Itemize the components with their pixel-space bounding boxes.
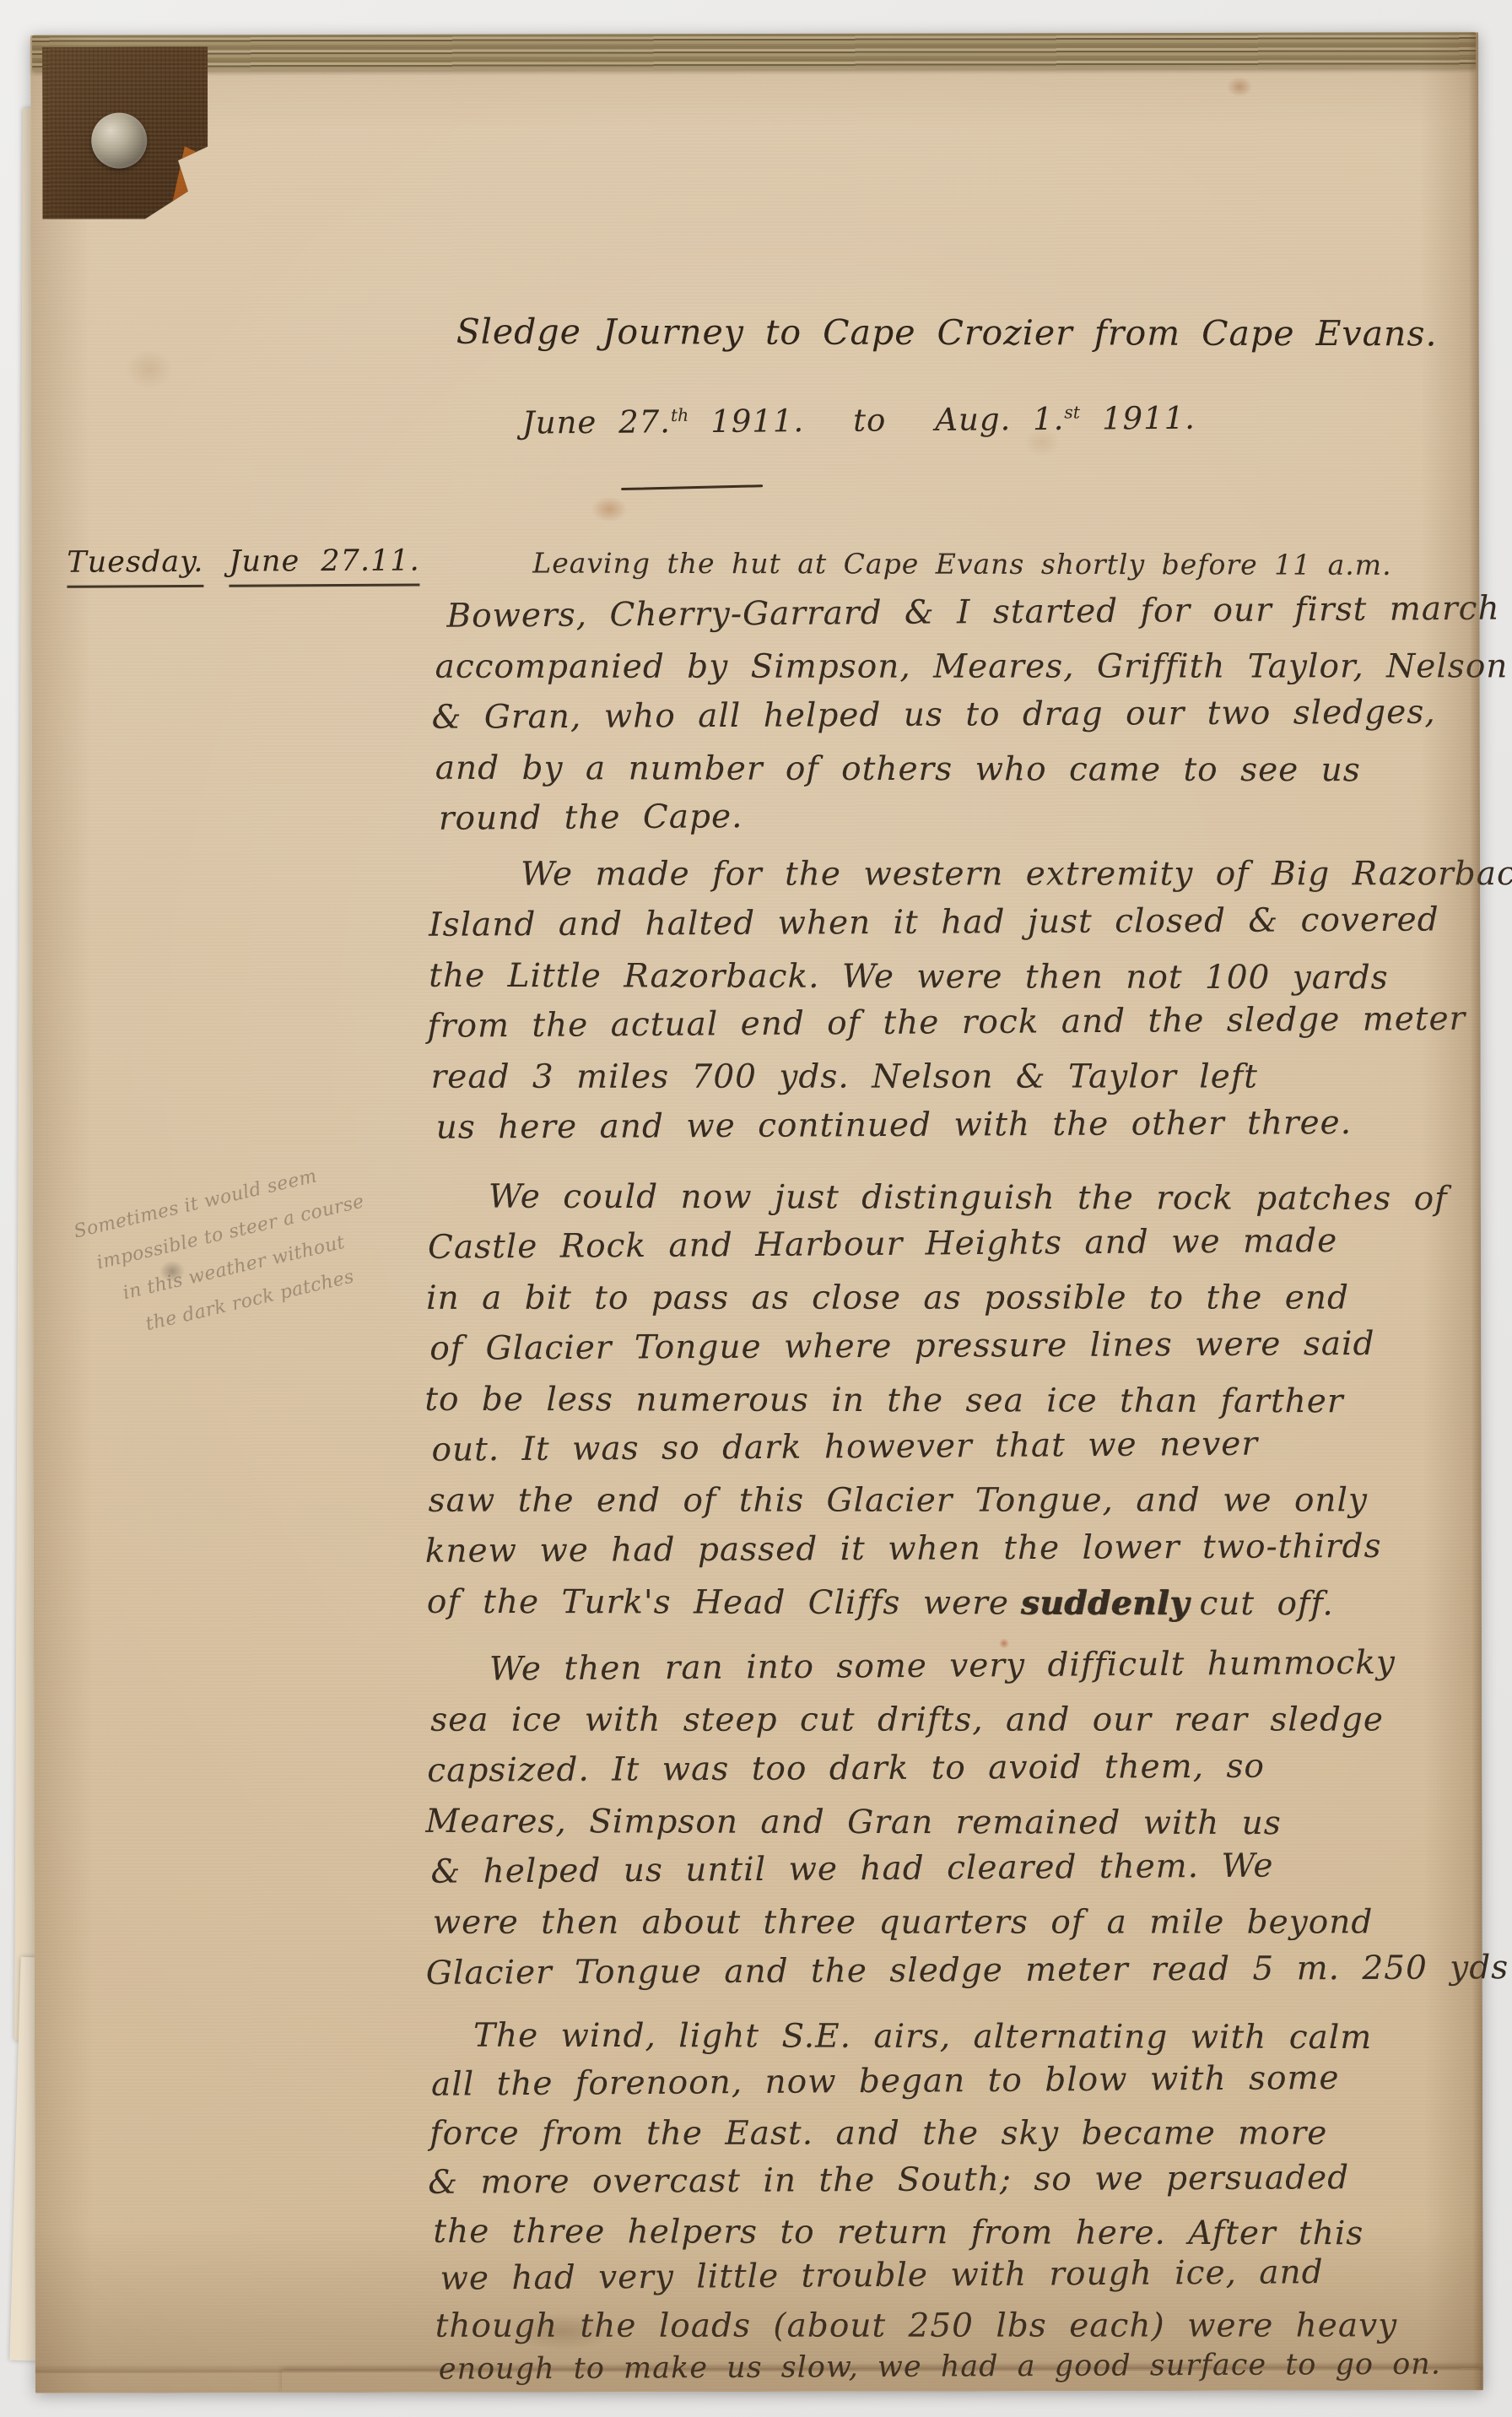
line-p2-3: the Little Razorback. We were then not 1… bbox=[429, 960, 1388, 995]
photographed-manuscript-page: { "page": { "background_color": "#e9e8e6… bbox=[0, 0, 1512, 2417]
line-p5-7: though the loads (about 250 lbs each) we… bbox=[435, 2309, 1398, 2342]
date-to-day: Aug. 1. bbox=[935, 401, 1064, 438]
line-p2-4: from the actual end of the rock and the … bbox=[427, 1003, 1466, 1043]
line-p4-7: Glacier Tongue and the sledge meter read… bbox=[426, 1951, 1512, 1990]
line-p3-2: Castle Rock and Harbour Heights and we m… bbox=[428, 1225, 1338, 1264]
line-p4-3: capsized. It was too dark to avoid them,… bbox=[427, 1750, 1265, 1787]
line-p2-1: We made for the western extremity of Big… bbox=[521, 857, 1512, 890]
handwriting-layer: Sledge Journey to Cape Crozier from Cape… bbox=[30, 32, 1483, 2393]
entry-date: June 27.11. bbox=[229, 544, 420, 587]
date-to-ordinal: st bbox=[1064, 402, 1080, 422]
line-p5-3: force from the East. and the sky became … bbox=[429, 2117, 1327, 2149]
entry-date-heading: Tuesday.June 27.11. bbox=[67, 547, 420, 578]
line-p3-6: out. It was so dark however that we neve… bbox=[431, 1428, 1258, 1467]
line-p1-5: and by a number of others who came to se… bbox=[435, 752, 1361, 787]
date-range-line: June 27.th1911.toAug. 1.st1911. bbox=[522, 403, 1196, 439]
manuscript-sheet: Sometimes it would seem impossible to st… bbox=[30, 32, 1483, 2393]
overwritten-word: suddenly bbox=[1021, 1583, 1190, 1622]
line-p2-2: Island and halted when it had just close… bbox=[429, 904, 1439, 942]
divider-rule bbox=[621, 484, 763, 490]
line-p4-6: were then about three quarters of a mile… bbox=[433, 1906, 1374, 1938]
date-from-day: June 27. bbox=[522, 403, 671, 441]
date-from-year: 1911. bbox=[710, 403, 804, 440]
line-p1-3: accompanied by Simpson, Meares, Griffith… bbox=[435, 650, 1509, 683]
line-p2-5: read 3 miles 700 yds. Nelson & Taylor le… bbox=[431, 1060, 1258, 1093]
line-p1-6: round the Cape. bbox=[439, 800, 743, 835]
line-p3-9-pre: of the Turk's Head Cliffs were bbox=[427, 1583, 1009, 1623]
line-p3-4: of Glacier Tongue where pressure lines w… bbox=[429, 1327, 1374, 1365]
entry-day: Tuesday. bbox=[67, 545, 203, 588]
line-p4-5: & helped us until we had cleared them. W… bbox=[430, 1849, 1273, 1888]
line-p1-4: & Gran, who all helped us to drag our tw… bbox=[432, 696, 1436, 734]
line-p5-5: the three helpers to return from here. A… bbox=[433, 2215, 1363, 2251]
line-p4-1: We then ran into some very difficult hum… bbox=[489, 1646, 1396, 1686]
line-p2-6: us here and we continued with the other … bbox=[436, 1106, 1353, 1144]
line-p3-9-post: cut off. bbox=[1199, 1585, 1333, 1623]
line-p5-1: The wind, light S.E. airs, alternating w… bbox=[473, 2020, 1372, 2054]
line-p1-2: Bowers, Cherry-Garrard & I started for o… bbox=[446, 592, 1499, 633]
line-p5-8: enough to make us slow, we had a good su… bbox=[439, 2350, 1441, 2385]
date-to-year: 1911. bbox=[1102, 400, 1196, 437]
line-p5-4: & more overcast in the South; so we pers… bbox=[428, 2161, 1349, 2199]
line-p3-8: knew we had passed it when the lower two… bbox=[425, 1530, 1382, 1568]
date-to-word: to bbox=[853, 402, 886, 438]
line-p3-7: saw the end of this Glacier Tongue, and … bbox=[429, 1484, 1368, 1517]
line-p5-6: we had very little trouble with rough ic… bbox=[440, 2256, 1323, 2295]
line-p3-5: to be less numerous in the sea ice than … bbox=[424, 1383, 1343, 1418]
date-from-ordinal: th bbox=[671, 405, 688, 425]
line-p1-1: Leaving the hut at Cape Evans shortly be… bbox=[532, 549, 1391, 579]
line-p3-1: We could now just distinguish the rock p… bbox=[489, 1181, 1448, 1216]
line-p3-3: in a bit to pass as close as possible to… bbox=[426, 1281, 1349, 1314]
line-p3-9: of the Turk's Head Cliffs weresuddenlycu… bbox=[427, 1586, 1334, 1620]
line-p5-2: all the forenoon, now began to blow with… bbox=[431, 2062, 1340, 2101]
line-p4-2: sea ice with steep cut drifts, and our r… bbox=[430, 1703, 1384, 1736]
line-p4-4: Meares, Simpson and Gran remained with u… bbox=[425, 1805, 1281, 1840]
page-title: Sledge Journey to Cape Crozier from Cape… bbox=[456, 315, 1438, 352]
